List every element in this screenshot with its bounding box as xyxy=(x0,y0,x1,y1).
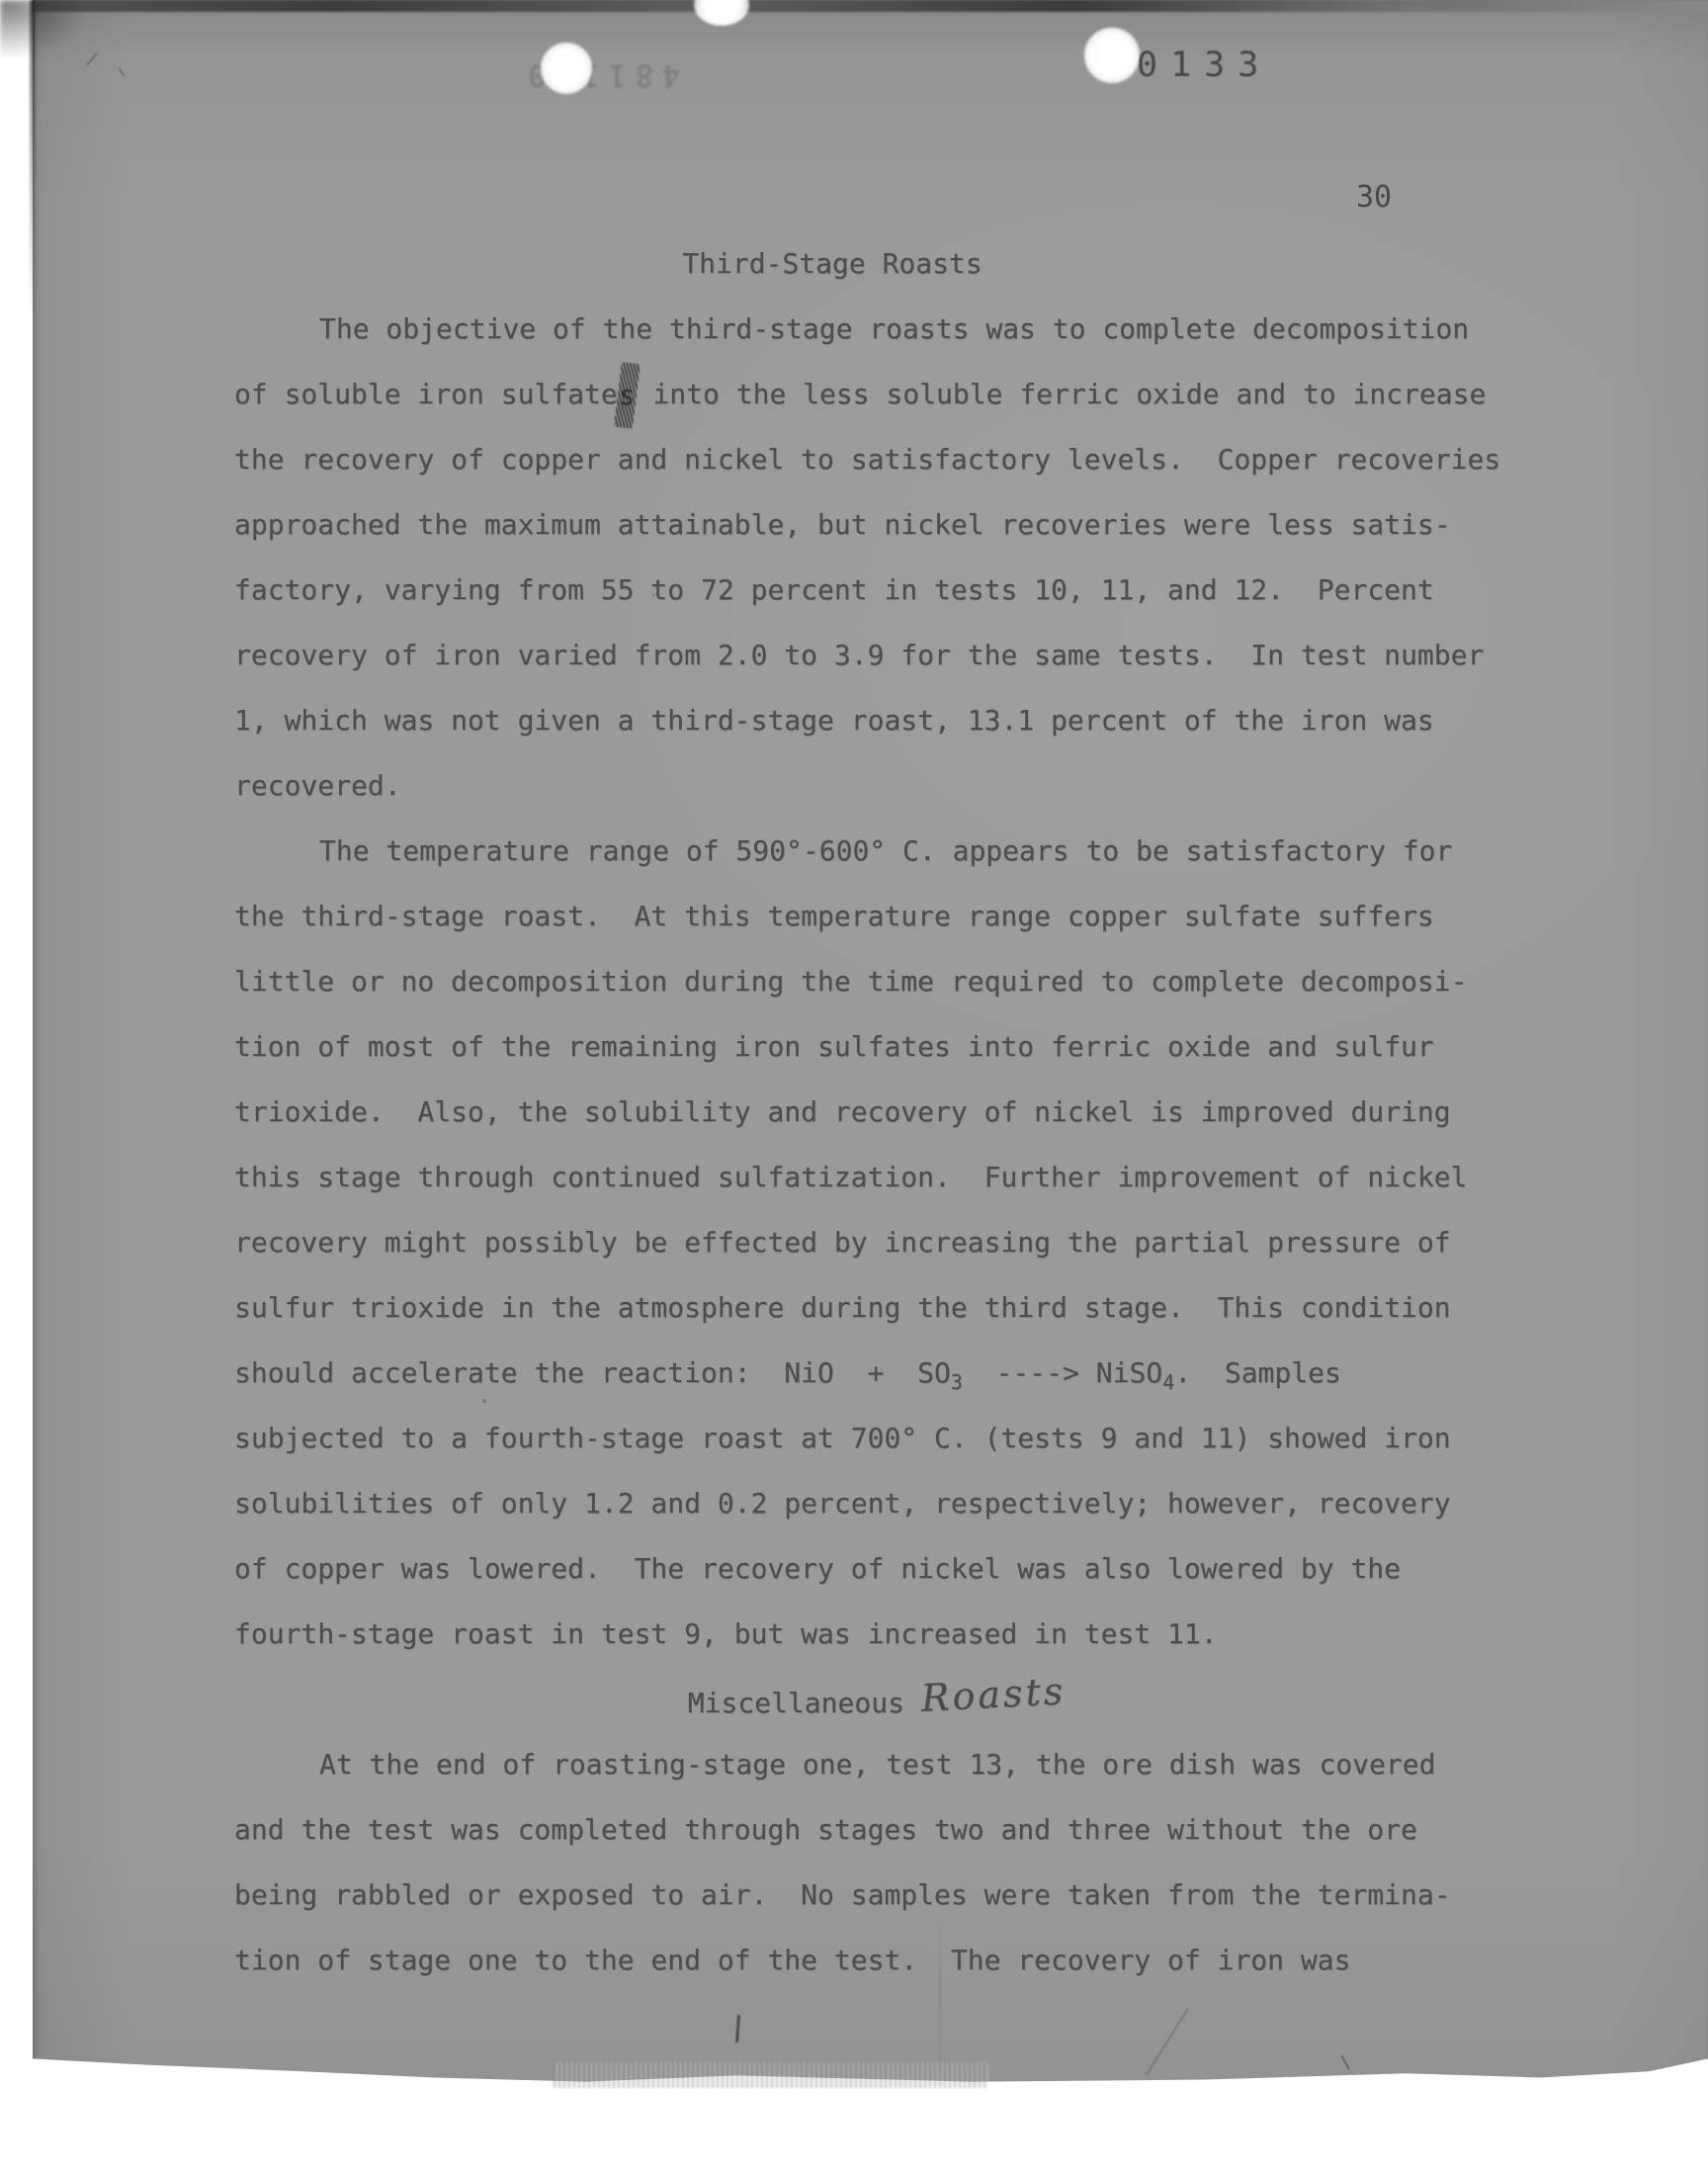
paragraph2-line4: tion of most of the remaining iron sulfa… xyxy=(234,1014,1519,1080)
paragraph1-line5: factory, varying from 55 to 72 percent i… xyxy=(234,558,1519,623)
hole-punch-right xyxy=(1084,28,1140,83)
paragraph2-line13: fourth-stage roast in test 9, but was in… xyxy=(234,1602,1519,1667)
scan-corner-smudge xyxy=(0,0,89,59)
paragraph2-line9-reaction: should accelerate the reaction: NiO + SO… xyxy=(234,1341,1519,1406)
handwritten-word-roasts: Roasts xyxy=(919,1658,1067,1731)
scan-bottom-striations xyxy=(554,2062,988,2088)
paragraph1-line3: the recovery of copper and nickel to sat… xyxy=(234,427,1519,492)
paragraph1-line7: 1, which was not given a third-stage roa… xyxy=(234,688,1519,753)
document-title: Third-Stage Roasts xyxy=(234,231,1430,297)
section-heading-miscellaneous: Miscellaneous Roasts xyxy=(234,1667,1519,1732)
reaction-text-a: should accelerate the reaction: NiO + SO xyxy=(234,1356,951,1389)
stamp-number: 0133 xyxy=(1137,45,1271,85)
paragraph3-line1: At the end of roasting-stage one, test 1… xyxy=(234,1732,1519,1797)
paragraph1-line2: of soluble iron sulfates into the less s… xyxy=(234,362,1519,427)
paper-speck xyxy=(482,1399,486,1403)
typewritten-text-block: Third-Stage Roasts The objective of the … xyxy=(234,231,1519,1993)
paragraph2-line12: of copper was lowered. The recovery of n… xyxy=(234,1536,1519,1602)
paragraph2-line1: The temperature range of 590°-600° C. ap… xyxy=(234,819,1519,884)
paragraph1-line4: approached the maximum attainable, but n… xyxy=(234,492,1519,558)
hole-punch-left xyxy=(541,43,592,94)
paragraph2-line2: the third-stage roast. At this temperatu… xyxy=(234,884,1519,949)
paragraph2-line10: subjected to a fourth-stage roast at 700… xyxy=(234,1406,1519,1471)
paragraph1-line6: recovery of iron varied from 2.0 to 3.9 … xyxy=(234,623,1519,688)
paragraph3-line3: being rabbled or exposed to air. No samp… xyxy=(234,1863,1519,1928)
paper-speck xyxy=(1310,648,1313,651)
paragraph2-line11: solubilities of only 1.2 and 0.2 percent… xyxy=(234,1471,1519,1536)
subscript-4: 4 xyxy=(1162,1370,1174,1394)
reaction-text-c: . Samples xyxy=(1174,1356,1341,1389)
paragraph2-line5: trioxide. Also, the solubility and recov… xyxy=(234,1080,1519,1145)
paragraph2-line3: little or no decomposition during the ti… xyxy=(234,949,1519,1014)
paragraph2-line8: sulfur trioxide in the atmosphere during… xyxy=(234,1275,1519,1341)
line2-text-a: of soluble iron sulfate xyxy=(234,378,618,410)
paragraph1-line1: The objective of the third-stage roasts … xyxy=(234,297,1519,362)
paragraph3-line4: tion of stage one to the end of the test… xyxy=(234,1928,1519,1993)
paragraph3-line2: and the test was completed through stage… xyxy=(234,1797,1519,1863)
scratched-out-char: s xyxy=(614,362,640,429)
reaction-text-b: ----> NiSO xyxy=(963,1356,1162,1389)
line2-text-b: into the less soluble ferric oxide and t… xyxy=(637,378,1487,410)
paragraph2-line7: recovery might possibly be effected by i… xyxy=(234,1210,1519,1275)
page-number: 30 xyxy=(1356,180,1392,215)
crease-line-vertical xyxy=(939,1918,941,2066)
paper-left-edge-line xyxy=(30,0,35,316)
subscript-3: 3 xyxy=(951,1370,963,1394)
paragraph2-line6: this stage through continued sulfatizati… xyxy=(234,1145,1519,1210)
paper-speck xyxy=(652,593,655,596)
heading-typed-text: Miscellaneous xyxy=(688,1687,921,1719)
scan-top-edge-shadow xyxy=(33,0,1708,12)
paragraph1-line8: recovered. xyxy=(234,753,1519,819)
